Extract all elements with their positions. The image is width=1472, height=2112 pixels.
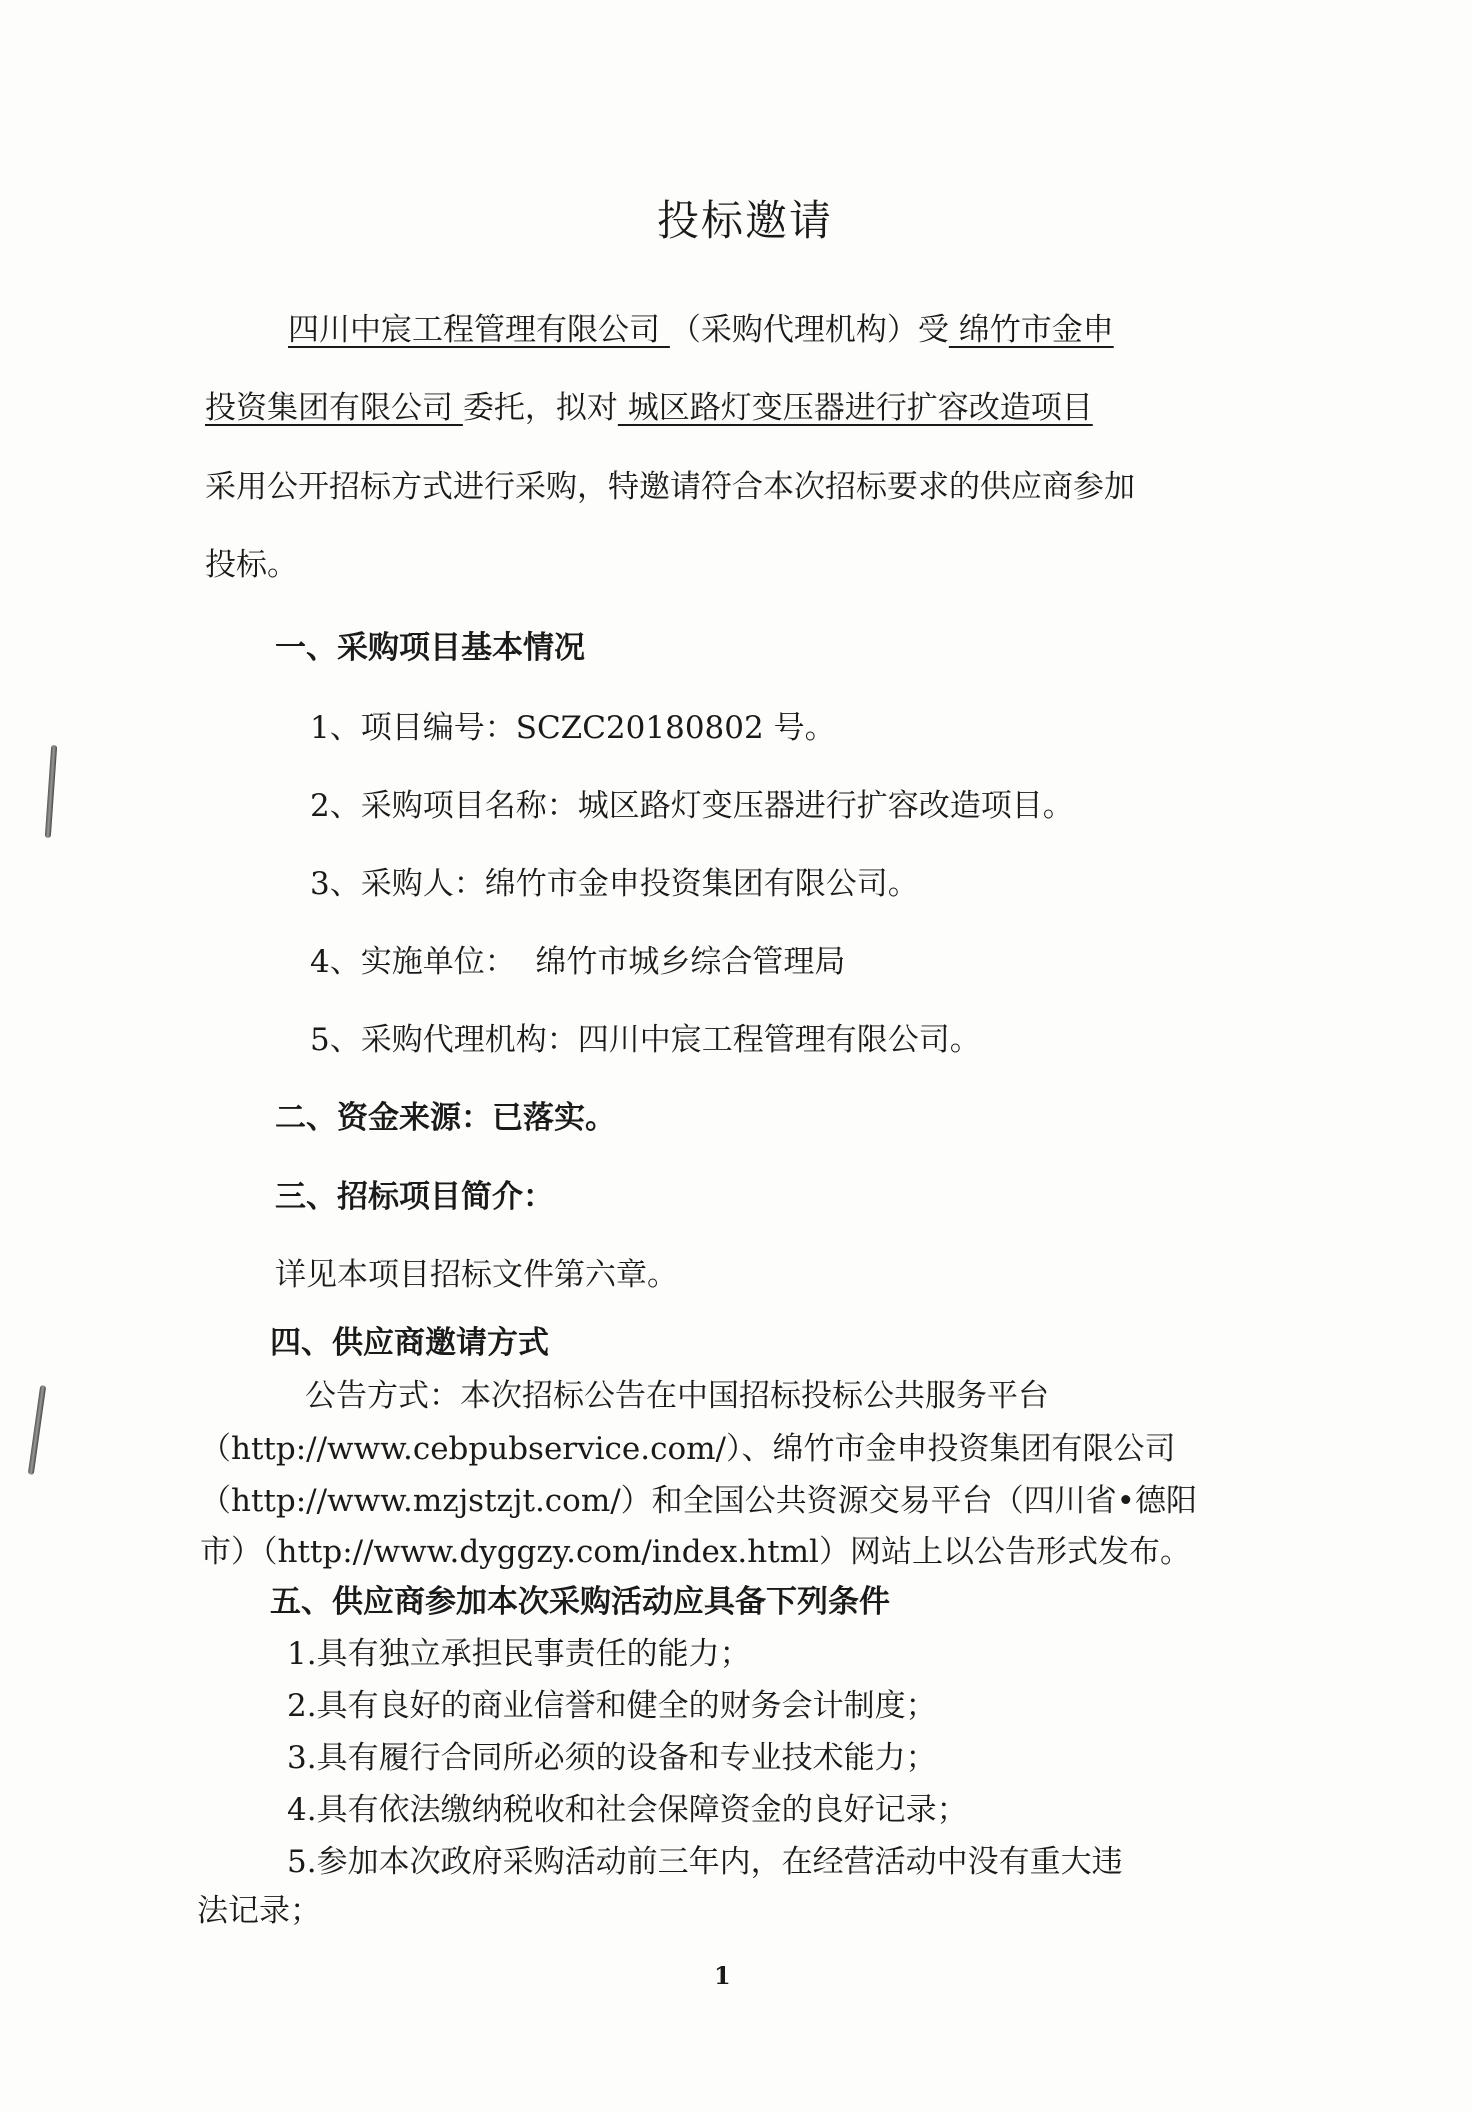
agency-role: （采购代理机构）受 xyxy=(670,312,949,348)
page-number: 1 xyxy=(714,1964,731,1988)
section-4-line: 市）（http://www.dyggzy.com/index.html）网站上以… xyxy=(200,1537,1191,1568)
intro-line-2: 投资集团有限公司 委托，拟对 城区路灯变压器进行扩容改造项目 xyxy=(205,393,1093,424)
staple-mark-top xyxy=(45,745,57,838)
section-1-item: 1、项目编号：SCZC20180802 号。 xyxy=(310,713,836,744)
section-5-item: 1.具有独立承担民事责任的能力； xyxy=(287,1639,751,1670)
intro-line-3: 采用公开招标方式进行采购，特邀请符合本次招标要求的供应商参加 xyxy=(205,472,1135,503)
section-5-item: 2.具有良好的商业信誉和健全的财务会计制度； xyxy=(287,1691,937,1722)
intro-line-1: 四川中宸工程管理有限公司 （采购代理机构）受 绵竹市金申 xyxy=(288,315,1114,346)
page-title: 投标邀请 xyxy=(657,200,833,242)
section-5-item: 5.参加本次政府采购活动前三年内，在经营活动中没有重大违 xyxy=(287,1847,1123,1878)
agency-name: 四川中宸工程管理有限公司 xyxy=(288,312,670,348)
section-1-item: 3、采购人：绵竹市金申投资集团有限公司。 xyxy=(310,869,919,900)
section-5-continuation: 法记录； xyxy=(197,1896,321,1927)
section-3-body: 详见本项目招标文件第六章。 xyxy=(275,1260,678,1291)
entrust-text: 委托，拟对 xyxy=(463,390,618,426)
intro-line-4: 投标。 xyxy=(205,550,298,581)
section-5-item: 4.具有依法缴纳税收和社会保障资金的良好记录； xyxy=(287,1795,968,1826)
section-2-heading: 二、资金来源：已落实。 xyxy=(275,1103,616,1134)
section-3-heading: 三、招标项目简介： xyxy=(275,1182,554,1213)
client-name-part2: 投资集团有限公司 xyxy=(205,390,463,426)
section-4-line: （http://www.mzjstzjt.com/）和全国公共资源交易平台（四川… xyxy=(200,1486,1197,1517)
section-5-item: 3.具有履行合同所必须的设备和专业技术能力； xyxy=(287,1743,937,1774)
section-4-heading: 四、供应商邀请方式 xyxy=(270,1328,549,1359)
staple-mark-bottom xyxy=(28,1385,46,1475)
section-1-item: 2、采购项目名称：城区路灯变压器进行扩容改造项目。 xyxy=(310,791,1074,822)
section-5-heading: 五、供应商参加本次采购活动应具备下列条件 xyxy=(270,1587,890,1618)
section-1-item: 4、实施单位： 绵竹市城乡综合管理局 xyxy=(310,947,845,978)
section-1-heading: 一、采购项目基本情况 xyxy=(275,633,585,664)
client-name-part1: 绵竹市金申 xyxy=(949,312,1114,348)
section-4-line: （http://www.cebpubservice.com/）、绵竹市金申投资集… xyxy=(200,1434,1175,1465)
section-1-item: 5、采购代理机构：四川中宸工程管理有限公司。 xyxy=(310,1025,981,1056)
section-4-line: 公告方式：本次招标公告在中国招标投标公共服务平台 xyxy=(305,1381,1049,1412)
project-name: 城区路灯变压器进行扩容改造项目 xyxy=(618,390,1093,426)
